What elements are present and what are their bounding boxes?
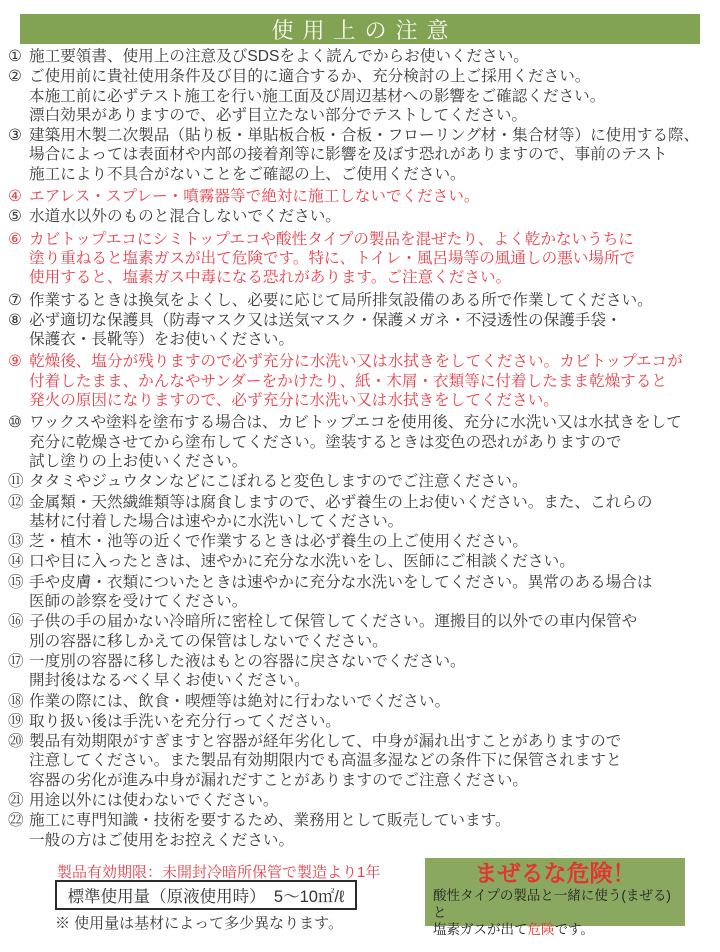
note-item-22: ㉒施工に専門知識・技術を要するため、業務用として販売しています。 一般の方はご使…	[8, 811, 716, 850]
line2-pre: 塩素ガスが出て	[433, 922, 528, 937]
item-text: 施工要領書、使用上の注意及びSDSをよく読んでからお使いください。	[29, 48, 529, 65]
note-item-18: ⑱作業の際には、飲食・喫煙等は絶対に行わないでください。	[8, 692, 716, 711]
usage-amount-note: ※ 使用量は基材によって多少異なります。	[55, 912, 343, 933]
item-number: ⑬	[8, 532, 24, 551]
do-not-mix-line2: 塩素ガスが出て危険です。	[425, 921, 685, 938]
item-text: 建築用木製二次製品（貼り板・単貼板合板・合板・フローリング材・集合材等）に使用す…	[29, 127, 699, 183]
item-text: エアレス・スプレー・噴霧器等で絶対に施工しないでください。	[29, 188, 480, 205]
item-number: ⑭	[8, 552, 24, 571]
item-number: ⑦	[8, 291, 22, 310]
note-item-7: ⑦作業するときは換気をよくし、必要に応じて局所排気設備のある所で作業してください…	[8, 291, 716, 310]
note-item-20: ⑳製品有効期限がすぎますと容器が経年劣化して、中身が漏れ出すことがありますので …	[8, 732, 716, 790]
item-number: ⑧	[8, 311, 22, 330]
item-text: 乾燥後、塩分が残りますので必ず充分に水洗い又は水拭きをしてください。カビトップエ…	[29, 353, 683, 409]
standard-usage-box: 標準使用量（原液使用時） 5～10㎡/ℓ	[55, 880, 357, 910]
item-text: 芝・植木・池等の近くで作業するときは必ず養生の上ご使用ください。	[29, 533, 528, 550]
note-item-21: ㉑用途以外には使わないでください。	[8, 791, 716, 810]
item-number: ⑤	[8, 207, 22, 226]
item-text: 口や目に入ったときは、速やかに充分な水洗いをし、医師にご相談ください。	[29, 553, 575, 570]
note-item-9: ⑨乾燥後、塩分が残りますので必ず充分に水洗い又は水拭きをしてください。カビトップ…	[8, 352, 716, 410]
item-text: ご使用前に貴社使用条件及び目的に適合するか、充分検討の上ご採用ください。 本施工…	[29, 68, 605, 124]
item-number: ④	[8, 187, 22, 206]
header-bar: 使用上の注意	[20, 14, 700, 44]
item-text: 手や皮膚・衣類についたときは速やかに充分な水洗いをしてください。異常のある場合は…	[29, 574, 652, 610]
item-text: 作業の際には、飲食・喫煙等は絶対に行わないでください。	[29, 693, 450, 710]
standard-usage-text: 標準使用量（原液使用時） 5～10㎡/ℓ	[68, 883, 345, 907]
item-text: 子供の手の届かない冷暗所に密栓して保管してください。運搬目的以外での車内保管や …	[29, 613, 637, 649]
item-number: ⑱	[8, 692, 24, 711]
notes-list: ①施工要領書、使用上の注意及びSDSをよく読んでからお使いください。 ②ご使用前…	[8, 47, 716, 851]
page-title: 使用上の注意	[262, 14, 457, 45]
item-text: 取り扱い後は手洗いを充分行ってください。	[29, 713, 341, 730]
note-item-19: ⑲取り扱い後は手洗いを充分行ってください。	[8, 712, 716, 731]
note-item-8: ⑧必ず適切な保護具（防毒マスク又は送気マスク・保護メガネ・不浸透性の保護手袋・ …	[8, 311, 716, 350]
item-number: ⑳	[8, 732, 24, 751]
note-item-5: ⑤水道水以外のものと混合しないでください。	[8, 207, 716, 226]
item-number: ⑲	[8, 712, 24, 731]
note-item-14: ⑭口や目に入ったときは、速やかに充分な水洗いをし、医師にご相談ください。	[8, 552, 716, 571]
note-item-11: ⑪タタミやジュウタンなどにこぼれると変色しますのでご注意ください。	[8, 472, 716, 491]
do-not-mix-warning-box: まぜるな危険！ 酸性タイプの製品と一緒に使う(まぜる)と 塩素ガスが出て危険です…	[425, 858, 685, 926]
note-item-6: ⑥カビトップエコにシミトップエコや酸性タイプの製品を混ぜたり、よく乾かないうちに…	[8, 230, 716, 288]
item-text: 金属類・天然繊維類等は腐食しますので、必ず養生の上お使いください。また、これらの…	[29, 494, 652, 530]
item-number: ⑰	[8, 652, 24, 671]
item-number: ①	[8, 47, 22, 66]
product-expiry-note: 製品有効期限：未開封冷暗所保管で製造より1年	[57, 861, 380, 882]
item-number: ⑪	[8, 472, 24, 491]
note-item-13: ⑬芝・植木・池等の近くで作業するときは必ず養生の上ご使用ください。	[8, 532, 716, 551]
line2-post: です。	[555, 922, 594, 937]
item-text: 用途以外には使わないでください。	[29, 792, 279, 809]
note-item-16: ⑯子供の手の届かない冷暗所に密栓して保管してください。運搬目的以外での車内保管や…	[8, 612, 716, 651]
item-text: 製品有効期限がすぎますと容器が経年劣化して、中身が漏れ出すことがありますので 注…	[29, 733, 622, 789]
item-text: 水道水以外のものと混合しないでください。	[29, 208, 341, 225]
item-number: ⑮	[8, 573, 24, 592]
item-number: ⑨	[8, 352, 22, 371]
do-not-mix-title: まぜるな危険！	[425, 860, 685, 887]
item-number: ⑥	[8, 230, 22, 249]
item-number: ③	[8, 126, 22, 145]
item-number: ⑩	[8, 413, 22, 432]
item-number: ㉑	[8, 791, 24, 810]
line2-danger-word: 危険	[528, 922, 555, 937]
item-number: ⑫	[8, 493, 24, 512]
item-text: 一度別の容器に移した液はもとの容器に戻さないでください。 開封後はなるべく早くお…	[29, 653, 466, 689]
note-item-12: ⑫金属類・天然繊維類等は腐食しますので、必ず養生の上お使いください。また、これら…	[8, 493, 716, 532]
item-number: ②	[8, 67, 22, 86]
item-text: ワックスや塗料を塗布する場合は、カビトップエコを使用後、充分に水洗い又は水拭きを…	[29, 414, 682, 470]
note-item-4: ④エアレス・スプレー・噴霧器等で絶対に施工しないでください。	[8, 187, 716, 206]
note-item-2: ②ご使用前に貴社使用条件及び目的に適合するか、充分検討の上ご採用ください。 本施…	[8, 67, 716, 125]
note-item-3: ③建築用木製二次製品（貼り板・単貼板合板・合板・フローリング材・集合材等）に使用…	[8, 126, 716, 184]
item-text: タタミやジュウタンなどにこぼれると変色しますのでご注意ください。	[29, 473, 528, 490]
item-number: ㉒	[8, 811, 24, 830]
note-item-10: ⑩ワックスや塗料を塗布する場合は、カビトップエコを使用後、充分に水洗い又は水拭き…	[8, 413, 716, 471]
note-item-17: ⑰一度別の容器に移した液はもとの容器に戻さないでください。 開封後はなるべく早く…	[8, 652, 716, 691]
item-text: 施工に専門知識・技術を要するため、業務用として販売しています。 一般の方はご使用…	[29, 812, 511, 848]
note-item-15: ⑮手や皮膚・衣類についたときは速やかに充分な水洗いをしてください。異常のある場合…	[8, 573, 716, 612]
item-text: 作業するときは換気をよくし、必要に応じて局所排気設備のある所で作業してください。	[29, 292, 653, 309]
do-not-mix-line1: 酸性タイプの製品と一緒に使う(まぜる)と	[425, 887, 685, 921]
item-text: カビトップエコにシミトップエコや酸性タイプの製品を混ぜたり、よく乾かないうちに …	[29, 231, 635, 287]
page: { "page": { "title": "使用上の注意" }, "colors…	[0, 0, 720, 952]
note-item-1: ①施工要領書、使用上の注意及びSDSをよく読んでからお使いください。	[8, 47, 716, 66]
item-text: 必ず適切な保護具（防毒マスク又は送気マスク・保護メガネ・不浸透性の保護手袋・ 保…	[29, 312, 622, 348]
item-number: ⑯	[8, 612, 24, 631]
